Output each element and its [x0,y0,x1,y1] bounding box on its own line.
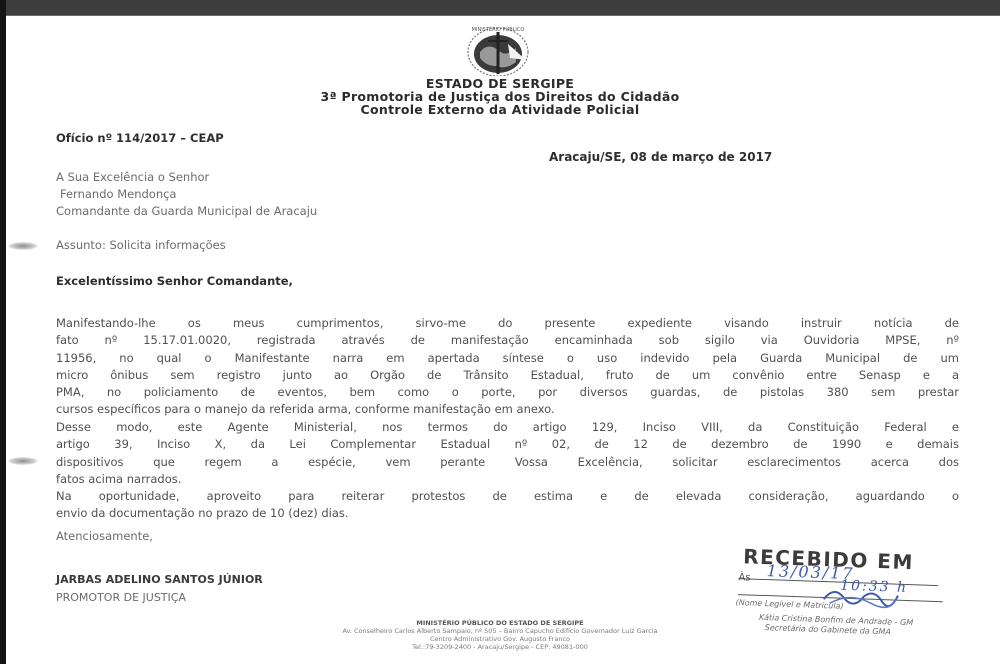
paragraph-line: Na oportunidade, aproveito para reiterar… [56,488,959,505]
recipient-title: Comandante da Guarda Municipal de Aracaj… [56,204,317,218]
paragraph-line: dispositivos que regem a espécie, vem pe… [56,454,959,471]
place-date: Aracaju/SE, 08 de março de 2017 [549,150,772,164]
body-paragraph-3: Na oportunidade, aproveito para reiterar… [56,488,959,523]
ministerio-publico-seal-icon: MINISTÉRIO PÚBLICO [436,22,560,76]
svg-text:MINISTÉRIO PÚBLICO: MINISTÉRIO PÚBLICO [472,25,525,33]
footer-admin-center: Centro Administrativo Gov. Augusto Franc… [0,635,1000,643]
subject-line: Assunto: Solicita informações [56,238,226,252]
paragraph-line: 11956, no qual o Manifestante narra em a… [56,350,959,367]
paragraph-line: PMA, no policiamento de eventos, bem com… [56,384,959,401]
paragraph-line: fatos acima narrados. [56,471,959,488]
paragraph-line: artigo 39, Inciso X, da Lei Complementar… [56,436,959,453]
signatory-role: PROMOTOR DE JUSTIÇA [56,591,186,604]
header-controle: Controle Externo da Atividade Policial [0,102,1000,117]
footer-address: Av. Conselheiro Carlos Alberto Sampaio, … [0,627,1000,635]
oficio-reference: Ofício nº 114/2017 – CEAP [56,131,224,145]
stamp-time-label: Às [738,572,750,583]
closing: Atenciosamente, [56,529,153,543]
recipient-name: Fernando Mendonça [60,187,176,201]
paragraph-line: Manifestando-lhe os meus cumprimentos, s… [56,315,959,332]
footer-institution: MINISTÉRIO PÚBLICO DO ESTADO DE SERGIPE [0,619,1000,627]
greeting: Excelentíssimo Senhor Comandante, [56,274,293,288]
paragraph-line: fato nº 15.17.01.0020, registrada atravé… [56,332,959,349]
paragraph-line: micro ônibus sem registro junto ao Orgão… [56,367,959,384]
punch-hole-smudge [8,457,38,465]
recipient-salutation: A Sua Excelência o Senhor [56,170,209,184]
viewer-top-bar [0,0,1000,16]
paragraph-line: envio da documentação no prazo de 10 (de… [56,505,959,522]
signatory-name: JARBAS ADELINO SANTOS JÚNIOR [56,573,263,586]
paragraph-line: cursos específicos para o manejo da refe… [56,401,959,418]
body-paragraph-1: Manifestando-lhe os meus cumprimentos, s… [56,315,959,419]
paragraph-line: Desse modo, este Agente Ministerial, nos… [56,419,959,436]
body-paragraph-2: Desse modo, este Agente Ministerial, nos… [56,419,959,488]
footer-contact: Tel.:79-3209-2400 - Aracaju/Sergipe - CE… [0,643,1000,651]
punch-hole-smudge [8,242,38,250]
